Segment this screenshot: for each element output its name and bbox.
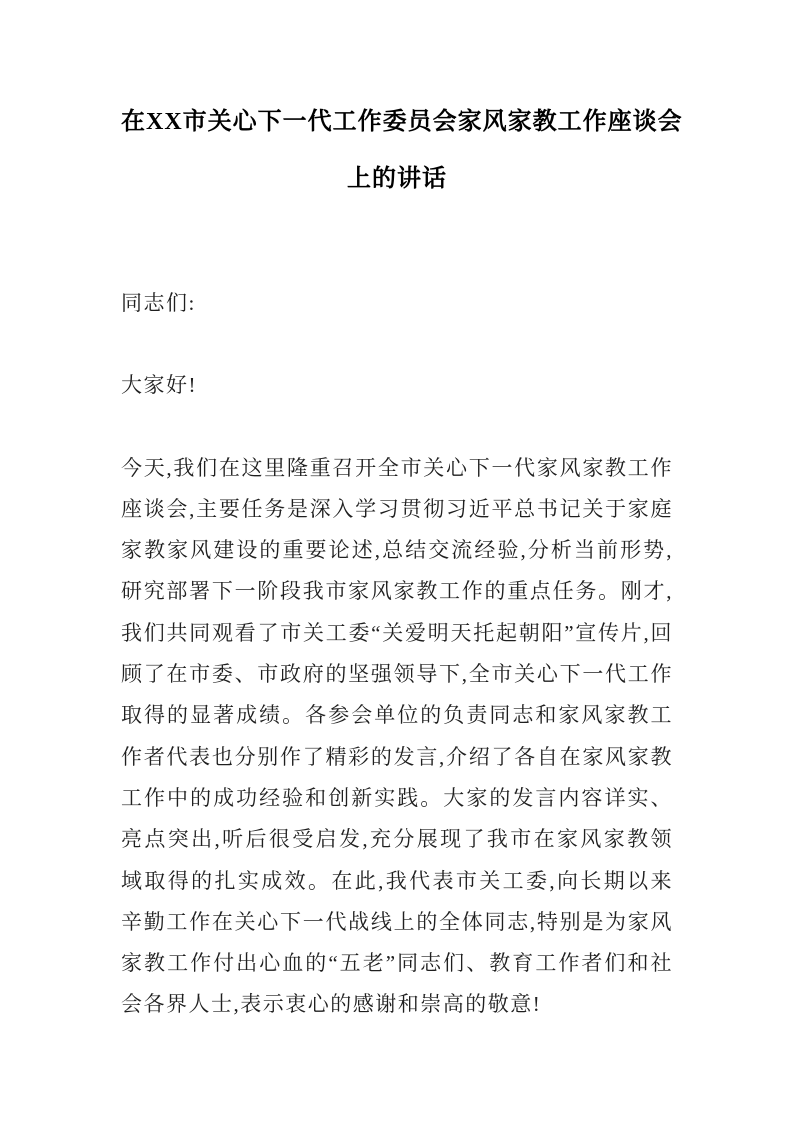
- document-title-line-1: 在XX市关心下一代工作委员会家风家教工作座谈会: [121, 94, 673, 151]
- document-title: 在XX市关心下一代工作委员会家风家教工作座谈会 上的讲话: [121, 94, 673, 208]
- greeting-paragraph: 大家好!: [121, 365, 673, 406]
- document-title-line-2: 上的讲话: [121, 151, 673, 208]
- document-page: 在XX市关心下一代工作委员会家风家教工作座谈会 上的讲话 同志们: 大家好! 今…: [0, 0, 793, 1122]
- body-paragraph: 今天,我们在这里隆重召开全市关心下一代家风家教工作座谈会,主要任务是深入学习贯彻…: [121, 448, 673, 1026]
- salutation-paragraph: 同志们:: [121, 283, 673, 324]
